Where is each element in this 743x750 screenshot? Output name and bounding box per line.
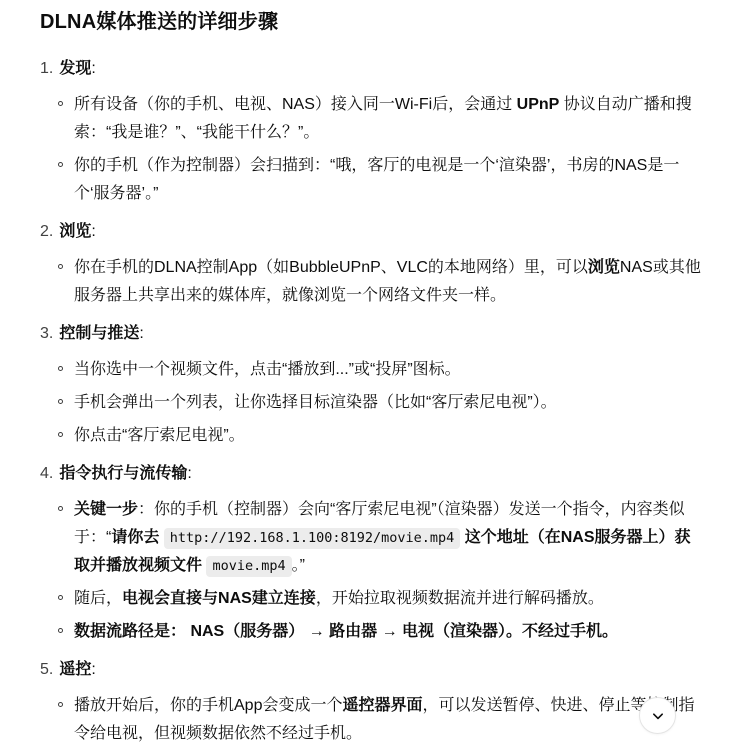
bullet-paragraph: 关键一步：你的手机（控制器）会向“客厅索尼电视”（渲染器）发送一个指令，内容类似… [74, 496, 705, 580]
step-heading: 3.控制与推送: [40, 320, 705, 348]
text-run: 你点击“客厅索尼电视”。 [74, 427, 245, 444]
step-title: 遥控 [59, 661, 91, 678]
text-run: 当你选中一个视频文件，点击“播放到...”或“投屏”图标。 [74, 361, 461, 378]
text-run: 。” [292, 557, 305, 574]
bold-text: 请你去 [111, 529, 163, 546]
bullet-paragraph: 你点击“客厅索尼电视”。 [74, 422, 705, 450]
scroll-to-bottom-button[interactable] [639, 697, 676, 734]
step-colon: : [139, 325, 143, 342]
list-item: 数据流路径是： NAS（服务器） → 路由器 → 电视（渲染器）。不经过手机。 [57, 618, 705, 646]
list-item: 关键一步：你的手机（控制器）会向“客厅索尼电视”（渲染器）发送一个指令，内容类似… [57, 496, 705, 580]
document-page: DLNA媒体推送的详细步骤 1.发现: 所有设备（你的手机、电视、NAS）接入同… [0, 0, 743, 750]
circle-bullet-icon [58, 628, 63, 633]
bullet-paragraph: 你的手机（作为控制器）会扫描到：“哦，客厅的电视是一个‘渲染器’，书房的NAS是… [74, 152, 705, 208]
text-run: 你的手机（作为控制器）会扫描到：“哦，客厅的电视是一个‘渲染器’，书房的NAS是… [74, 157, 679, 202]
step-heading: 5.遥控: [40, 656, 705, 684]
step-item-4: 4.指令执行与流传输: 关键一步：你的手机（控制器）会向“客厅索尼电视”（渲染器… [40, 460, 705, 646]
step-heading: 4.指令执行与流传输: [40, 460, 705, 488]
step-title: 浏览 [59, 223, 91, 240]
step-number: 5. [40, 661, 53, 678]
bold-text: 浏览 [588, 259, 620, 276]
circle-bullet-icon [58, 101, 63, 106]
step-number: 1. [40, 60, 53, 77]
step-item-2: 2.浏览: 你在手机的DLNA控制App（如BubbleUPnP、VLC的本地网… [40, 218, 705, 310]
step-colon: : [91, 223, 95, 240]
bullet-list: 当你选中一个视频文件，点击“播放到...”或“投屏”图标。 手机会弹出一个列表，… [40, 356, 705, 450]
step-title: 指令执行与流传输 [59, 465, 187, 482]
bold-text: 电视会直接与NAS建立连接 [122, 590, 316, 607]
bullet-list: 你在手机的DLNA控制App（如BubbleUPnP、VLC的本地网络）里，可以… [40, 254, 705, 310]
bullet-paragraph: 手机会弹出一个列表，让你选择目标渲染器（比如“客厅索尼电视”）。 [74, 389, 705, 417]
inline-code: http://192.168.1.100:8192/movie.mp4 [164, 528, 460, 549]
steps-list: 1.发现: 所有设备（你的手机、电视、NAS）接入同一Wi-Fi后，会通过 UP… [40, 55, 705, 748]
list-item: 播放开始后，你的手机App会变成一个遥控器界面，可以发送暂停、快进、停止等控制指… [57, 692, 705, 748]
step-colon: : [91, 661, 95, 678]
step-heading: 2.浏览: [40, 218, 705, 246]
bold-text: 遥控器界面 [342, 697, 422, 714]
chevron-down-icon [650, 708, 666, 724]
bullet-list: 播放开始后，你的手机App会变成一个遥控器界面，可以发送暂停、快进、停止等控制指… [40, 692, 705, 748]
step-number: 2. [40, 223, 53, 240]
text-run: 播放开始后，你的手机App会变成一个 [74, 697, 342, 714]
bullet-paragraph: 当你选中一个视频文件，点击“播放到...”或“投屏”图标。 [74, 356, 705, 384]
page-title: DLNA媒体推送的详细步骤 [40, 7, 705, 37]
circle-bullet-icon [58, 702, 63, 707]
list-item: 你的手机（作为控制器）会扫描到：“哦，客厅的电视是一个‘渲染器’，书房的NAS是… [57, 152, 705, 208]
list-item: 你在手机的DLNA控制App（如BubbleUPnP、VLC的本地网络）里，可以… [57, 254, 705, 310]
list-item: 当你选中一个视频文件，点击“播放到...”或“投屏”图标。 [57, 356, 705, 384]
circle-bullet-icon [58, 399, 63, 404]
text-run: 随后， [74, 590, 122, 607]
bullet-paragraph: 随后，电视会直接与NAS建立连接，开始拉取视频数据流并进行解码播放。 [74, 585, 705, 613]
circle-bullet-icon [58, 595, 63, 600]
inline-code: movie.mp4 [206, 556, 291, 577]
circle-bullet-icon [58, 506, 63, 511]
bullet-paragraph: 所有设备（你的手机、电视、NAS）接入同一Wi-Fi后，会通过 UPnP 协议自… [74, 91, 705, 147]
step-number: 3. [40, 325, 53, 342]
bold-text: UPnP [517, 96, 560, 113]
bold-text: 关键一步 [74, 501, 138, 518]
bullet-list: 关键一步：你的手机（控制器）会向“客厅索尼电视”（渲染器）发送一个指令，内容类似… [40, 496, 705, 646]
circle-bullet-icon [58, 366, 63, 371]
bullet-paragraph: 播放开始后，你的手机App会变成一个遥控器界面，可以发送暂停、快进、停止等控制指… [74, 692, 705, 748]
list-item: 手机会弹出一个列表，让你选择目标渲染器（比如“客厅索尼电视”）。 [57, 389, 705, 417]
circle-bullet-icon [58, 162, 63, 167]
circle-bullet-icon [58, 264, 63, 269]
text-run: ，开始拉取视频数据流并进行解码播放。 [316, 590, 604, 607]
bullet-list: 所有设备（你的手机、电视、NAS）接入同一Wi-Fi后，会通过 UPnP 协议自… [40, 91, 705, 208]
text-run: 手机会弹出一个列表，让你选择目标渲染器（比如“客厅索尼电视”）。 [74, 394, 557, 411]
step-colon: : [187, 465, 191, 482]
text-run: 你在手机的DLNA控制App（如BubbleUPnP、VLC的本地网络）里，可以 [74, 259, 588, 276]
list-item: 你点击“客厅索尼电视”。 [57, 422, 705, 450]
step-title: 发现 [59, 60, 91, 77]
text-run: 所有设备（你的手机、电视、NAS）接入同一Wi-Fi后，会通过 [74, 96, 517, 113]
step-item-1: 1.发现: 所有设备（你的手机、电视、NAS）接入同一Wi-Fi后，会通过 UP… [40, 55, 705, 208]
step-colon: : [91, 60, 95, 77]
step-item-3: 3.控制与推送: 当你选中一个视频文件，点击“播放到...”或“投屏”图标。 手… [40, 320, 705, 450]
bold-text: 数据流路径是： NAS（服务器） → 路由器 → 电视（渲染器）。不经过手机。 [74, 623, 618, 640]
step-heading: 1.发现: [40, 55, 705, 83]
list-item: 所有设备（你的手机、电视、NAS）接入同一Wi-Fi后，会通过 UPnP 协议自… [57, 91, 705, 147]
step-number: 4. [40, 465, 53, 482]
bullet-paragraph: 数据流路径是： NAS（服务器） → 路由器 → 电视（渲染器）。不经过手机。 [74, 618, 705, 646]
step-title: 控制与推送 [59, 325, 139, 342]
circle-bullet-icon [58, 432, 63, 437]
list-item: 随后，电视会直接与NAS建立连接，开始拉取视频数据流并进行解码播放。 [57, 585, 705, 613]
bullet-paragraph: 你在手机的DLNA控制App（如BubbleUPnP、VLC的本地网络）里，可以… [74, 254, 705, 310]
step-item-5: 5.遥控: 播放开始后，你的手机App会变成一个遥控器界面，可以发送暂停、快进、… [40, 656, 705, 748]
